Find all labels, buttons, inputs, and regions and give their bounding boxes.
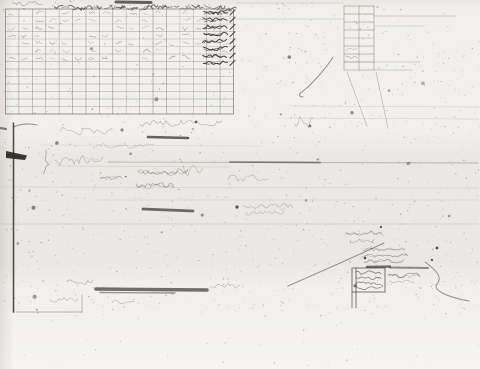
ink-dots-layer [120, 121, 438, 261]
side-summary-table-grid [344, 6, 456, 70]
annotation-box [352, 268, 385, 308]
title-smudge [12, 2, 344, 12]
scanned-document-page [0, 0, 480, 369]
margin-flag-mark [6, 151, 27, 160]
scan-canvas [0, 0, 480, 369]
main-data-table-grid [6, 9, 236, 114]
handwriting-marks-layer [44, 117, 420, 304]
